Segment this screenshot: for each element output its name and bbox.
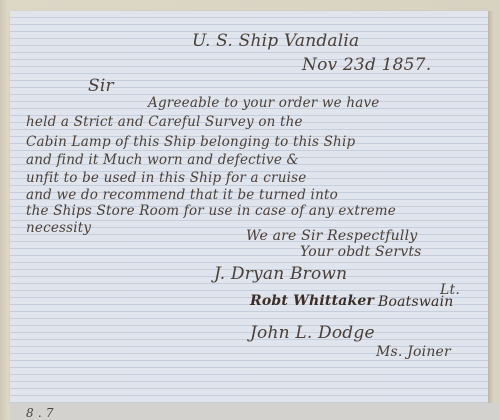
body-line-1: Agreeable to your order we have	[148, 95, 380, 111]
closing-line-2: Your obdt Servts	[300, 244, 422, 260]
signature-3-name: John L. Dodge	[250, 323, 375, 343]
body-line-5: unfit to be used in this Ship for a crui…	[26, 170, 306, 186]
closing-line-1: We are Sir Respectfully	[246, 228, 417, 244]
signature-3-title: Ms. Joiner	[376, 344, 451, 360]
signature-1-name: J. Dryan Brown	[214, 264, 347, 284]
header-date: Nov 23d 1857.	[302, 55, 431, 75]
header-place: U. S. Ship Vandalia	[192, 31, 359, 51]
body-line-8: necessity	[26, 220, 91, 236]
under-page	[10, 403, 500, 420]
salutation: Sir	[88, 76, 114, 96]
body-line-4: and find it Much worn and defective &	[26, 152, 299, 168]
body-line-6: and we do recommend that it be turned in…	[26, 187, 338, 203]
body-line-2: held a Strict and Careful Survey on the	[26, 114, 303, 130]
signature-2-title: Boatswain	[378, 294, 454, 310]
sheet-edge	[488, 11, 493, 411]
body-line-7: the Ships Store Room for use in case of …	[26, 203, 396, 219]
signature-2-name: Robt Whittaker	[250, 293, 374, 309]
body-line-3: Cabin Lamp of this Ship belonging to thi…	[26, 134, 355, 150]
footer-scribble: 8 . 7	[26, 406, 54, 420]
